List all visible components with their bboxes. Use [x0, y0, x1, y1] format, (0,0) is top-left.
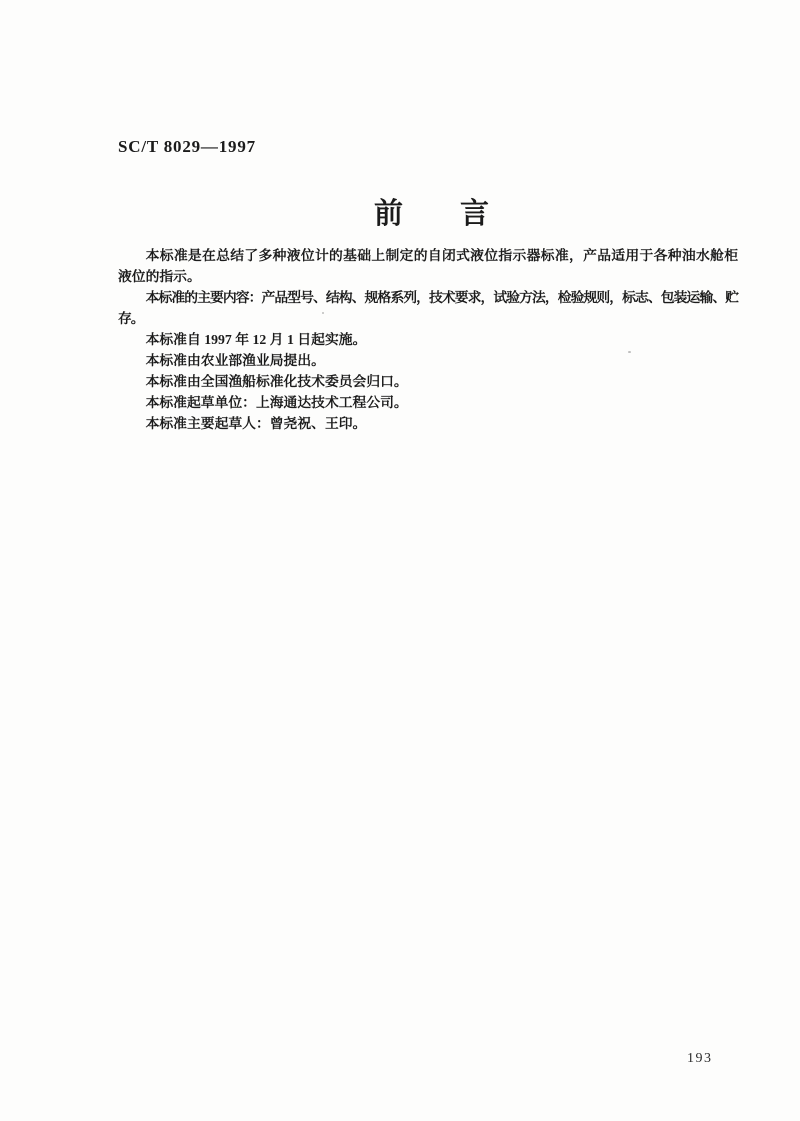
foreword-paragraph-drafters: 本标准主要起草人：曾尧祝、王印。 [118, 413, 738, 434]
foreword-paragraph-centralized-by: 本标准由全国渔船标准化技术委员会归口。 [118, 371, 738, 392]
foreword-paragraph-proposed-by: 本标准由农业部渔业局提出。 [118, 350, 738, 371]
scan-speck-artifact [322, 312, 324, 314]
document-page: SC/T 8029—1997 前言 本标准是在总结了多种液位计的基础上制定的自闭… [0, 0, 800, 1121]
foreword-body: 本标准是在总结了多种液位计的基础上制定的自闭式液位指示器标准，产品适用于各种油水… [118, 245, 738, 434]
page-number: 193 [687, 1051, 713, 1067]
foreword-paragraph-scope: 本标准是在总结了多种液位计的基础上制定的自闭式液位指示器标准，产品适用于各种油水… [118, 245, 738, 287]
standard-code: SC/T 8029—1997 [118, 137, 256, 157]
foreword-title: 前言 [374, 199, 546, 231]
scan-speck-artifact [628, 351, 631, 353]
foreword-paragraph-drafting-org: 本标准起草单位：上海通达技术工程公司。 [118, 392, 738, 413]
foreword-paragraph-contents: 本标准的主要内容：产品型号、结构、规格系列，技术要求，试验方法，检验规则，标志、… [118, 287, 738, 329]
foreword-paragraph-effective-date: 本标准自 1997 年 12 月 1 日起实施。 [118, 329, 738, 350]
